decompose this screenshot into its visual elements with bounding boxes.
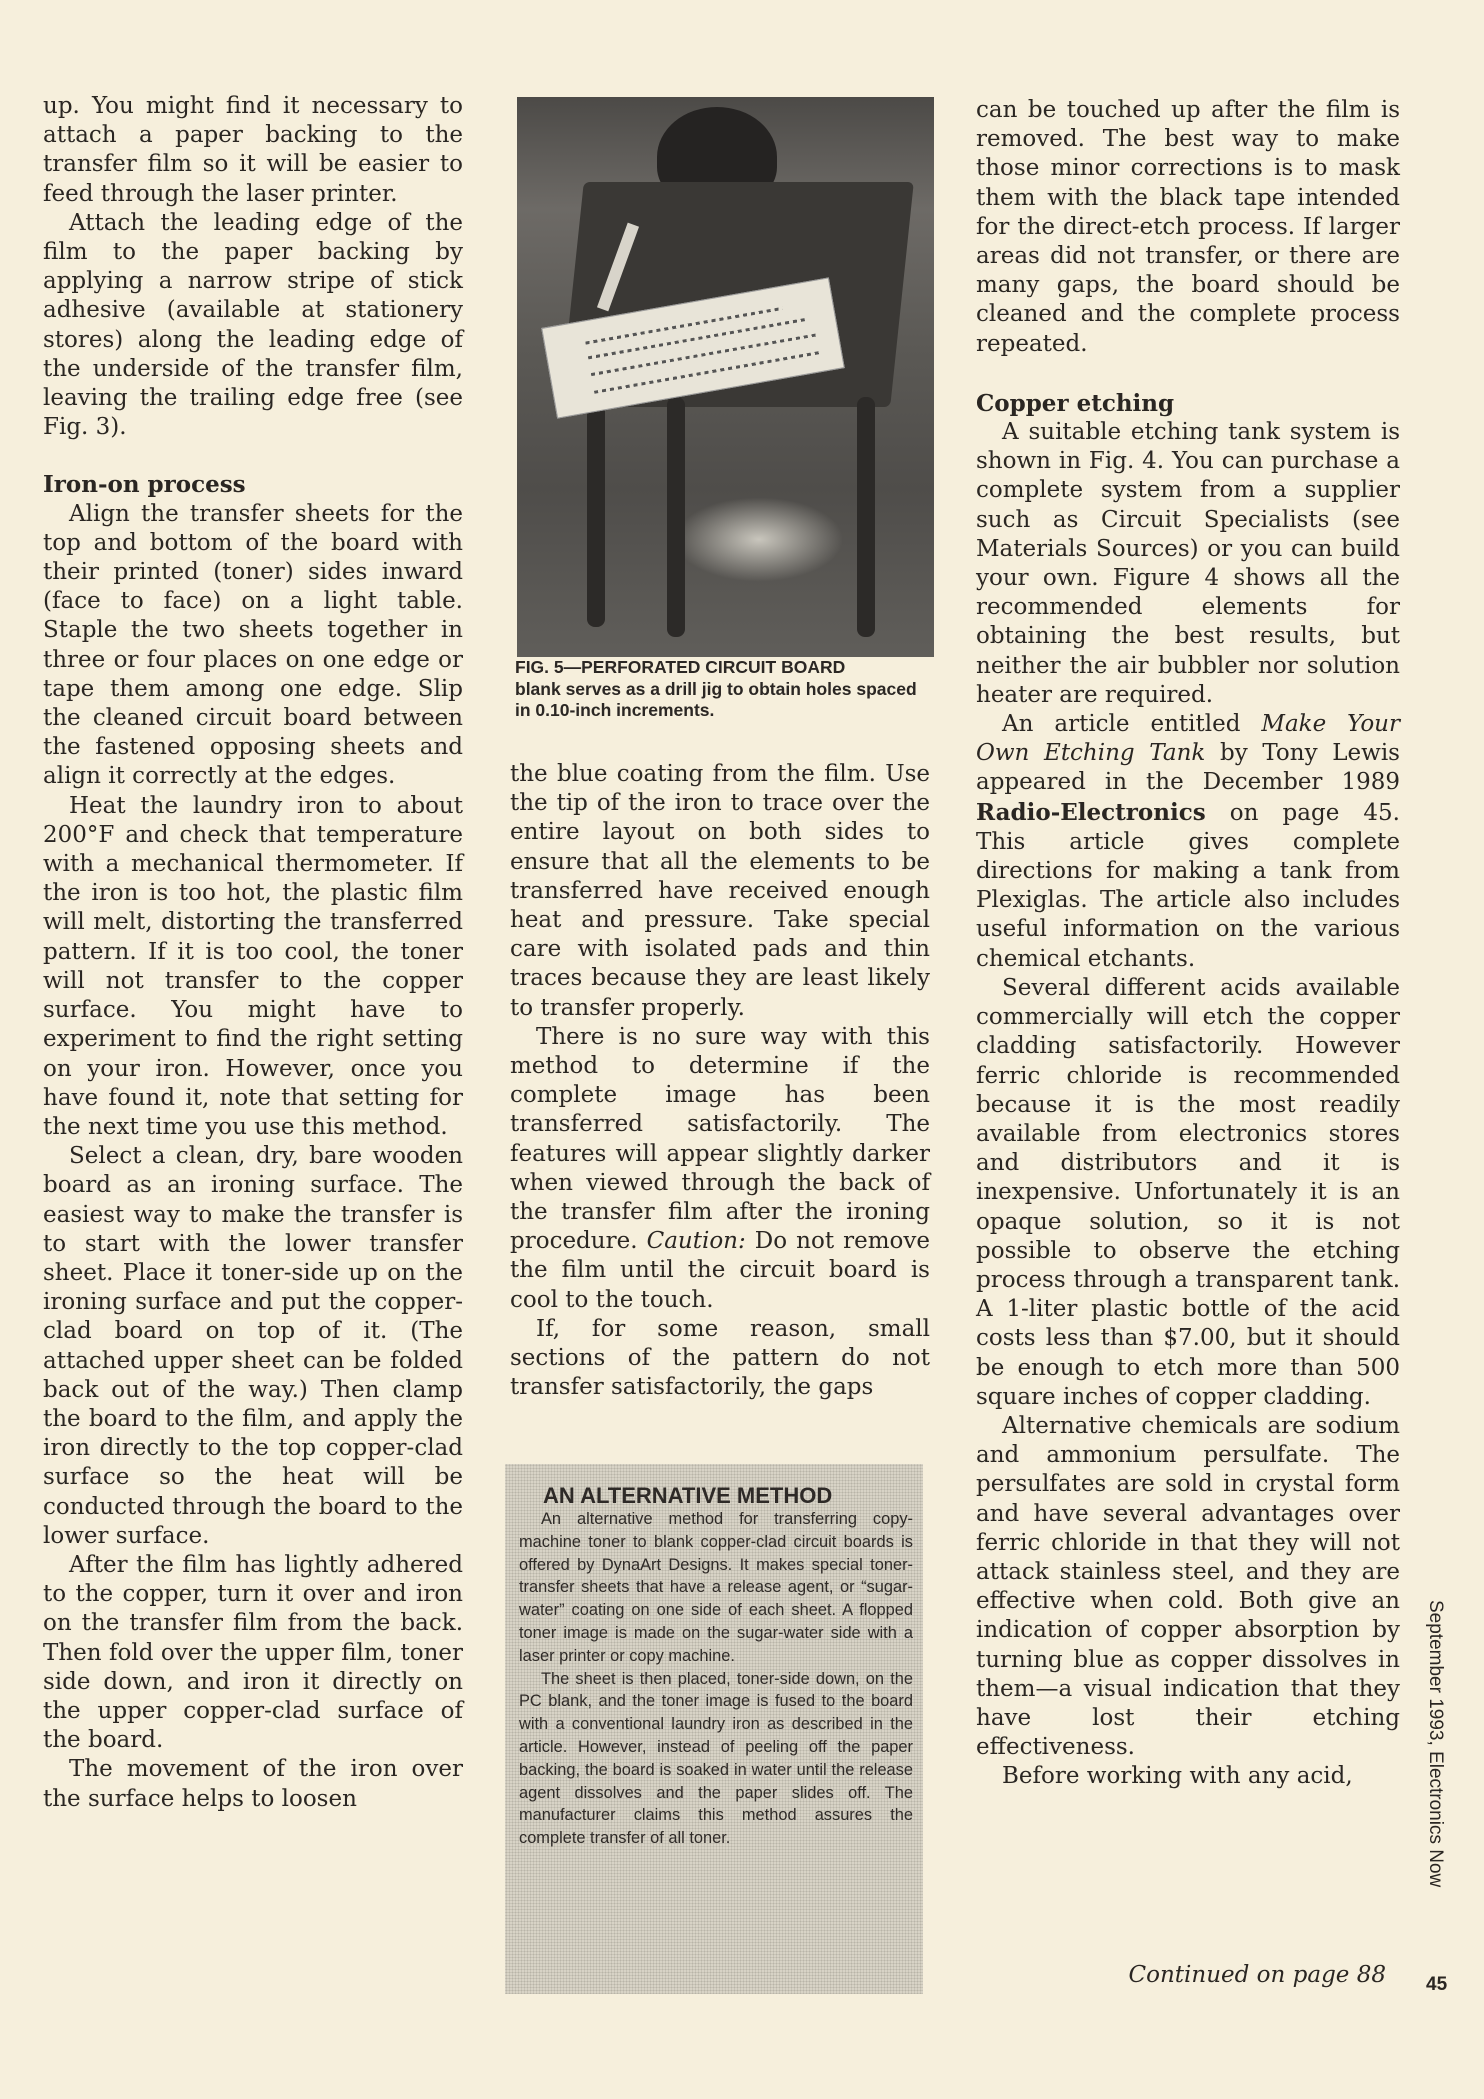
table-leg [857, 397, 875, 637]
article-column-3: can be touched up after the film is remo… [976, 96, 1400, 1792]
paragraph: up. You might find it necessary to attac… [43, 92, 463, 209]
paragraph: the blue coating from the film. Use the … [510, 760, 930, 1023]
paragraph: The movement of the iron over the surfac… [43, 1755, 463, 1813]
figure-5-caption: FIG. 5—PERFORATED CIRCUIT BOARD blank se… [515, 657, 935, 722]
article-column-1: up. You might find it necessary to attac… [43, 92, 463, 1814]
paragraph: Alternative chemicals are sodium and amm… [976, 1412, 1400, 1762]
paragraph: Heat the laundry iron to about 200°F and… [43, 792, 463, 1142]
caution-label: Caution: [647, 1228, 746, 1254]
sidebar-paragraph: The sheet is then placed, toner-side dow… [519, 1668, 913, 1850]
section-heading-copper-etching: Copper etching [976, 389, 1400, 418]
paragraph: An article entitled Make Your Own Etchin… [976, 710, 1400, 974]
figure-5-photo [517, 97, 934, 657]
paragraph: Select a clean, dry, bare wooden board a… [43, 1142, 463, 1551]
sidebar-title: AN ALTERNATIVE METHOD [543, 1484, 913, 1508]
paragraph: A suitable etching tank system is shown … [976, 418, 1400, 710]
sidebar-alternative-method: AN ALTERNATIVE METHOD An alternative met… [505, 1464, 923, 1994]
folio-vertical: September 1993, Electronics Now [1422, 1600, 1452, 1940]
page-number: 45 [1426, 1974, 1447, 1996]
table-leg [667, 397, 685, 637]
continued-on-link[interactable]: Continued on page 88 [976, 1962, 1386, 1988]
paragraph: can be touched up after the film is remo… [976, 96, 1400, 359]
paragraph: Several different acids available commer… [976, 974, 1400, 1412]
paragraph: If, for some reason, small sections of t… [510, 1315, 930, 1403]
publication-name: Radio-Electronics [976, 799, 1206, 826]
paragraph: Align the transfer sheets for the top an… [43, 500, 463, 792]
table-leg [587, 397, 605, 627]
sidebar-paragraph: An alternative method for transferring c… [519, 1508, 913, 1668]
folio-text: September 1993, Electronics Now [1424, 1600, 1446, 1887]
article-column-2: the blue coating from the film. Use the … [510, 760, 930, 1402]
caption-lead: FIG. 5—PERFORATED CIRCUIT BOARD [515, 657, 935, 679]
paragraph: There is no sure way with this method to… [510, 1023, 930, 1315]
paragraph: After the film has lightly adhered to th… [43, 1551, 463, 1755]
paragraph: Before working with any acid, [976, 1762, 1400, 1791]
caption-body: blank serves as a drill jig to obtain ho… [515, 679, 935, 722]
paragraph: Attach the leading edge of the film to t… [43, 209, 463, 443]
section-heading-iron-on: Iron-on process [43, 470, 463, 499]
